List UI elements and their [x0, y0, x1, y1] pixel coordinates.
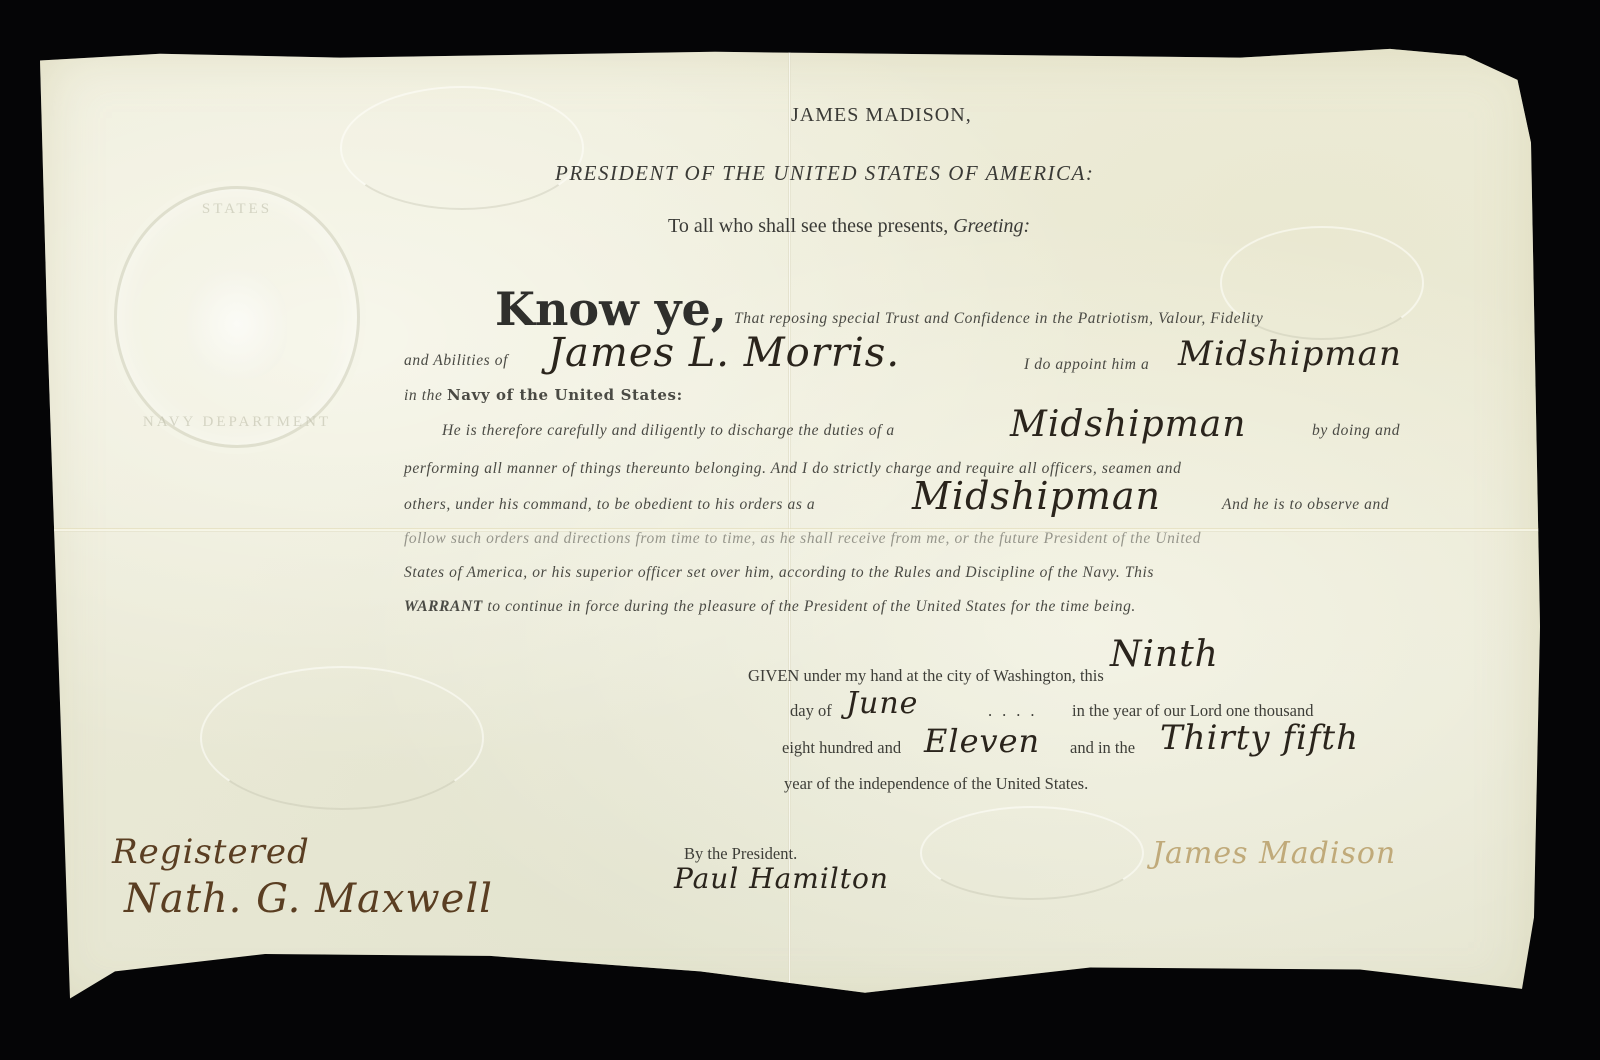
greeting-prefix: To all who shall see these presents,: [668, 215, 948, 237]
header-greeting: To all who shall see these presents, Gre…: [668, 215, 1030, 238]
body-line-2-prefix: and Abilities of: [404, 352, 508, 370]
day-handwritten: Ninth: [1110, 634, 1219, 675]
body-line-2-suffix: I do appoint him a: [1024, 356, 1149, 374]
body-line-8: States of America, or his superior offic…: [404, 564, 1154, 582]
line-3-prefix: in the: [404, 387, 442, 404]
header-name: JAMES MADISON,: [791, 104, 972, 127]
given-line-3-prefix: eight hundred and: [782, 738, 901, 758]
month-handwritten: June: [846, 686, 918, 721]
navy-blackletter: Navy of the United States:: [447, 386, 683, 404]
given-dots: ....: [988, 701, 1045, 721]
by-the-president: By the President.: [684, 844, 797, 864]
secretary-signature: Paul Hamilton: [674, 862, 889, 895]
warrant-word: WARRANT: [404, 598, 483, 615]
know-ye-heading: Know ye,: [495, 282, 727, 336]
body-line-4-prefix: He is therefore carefully and diligently…: [442, 422, 895, 440]
header-title: PRESIDENT OF THE UNITED STATES OF AMERIC…: [555, 161, 1094, 186]
seal-top-text: STATES: [117, 201, 357, 218]
rank-handwritten-3: Midshipman: [912, 474, 1161, 518]
body-line-9: WARRANT to continue in force during the …: [404, 598, 1136, 616]
given-line-3-mid: and in the: [1070, 738, 1135, 758]
body-line-3: in the Navy of the United States:: [404, 386, 683, 405]
independence-year-handwritten: Thirty fifth: [1160, 718, 1359, 758]
president-signature: James Madison: [1152, 836, 1396, 871]
navy-department-embossed-seal: STATES NAVY DEPARTMENT: [114, 186, 360, 448]
given-line-2-prefix: day of: [790, 701, 832, 721]
body-line-7: follow such orders and directions from t…: [404, 530, 1201, 548]
body-line-1: That reposing special Trust and Confiden…: [734, 310, 1263, 328]
line-9-text: to continue in force during the pleasure…: [487, 598, 1136, 615]
given-line-1: GIVEN under my hand at the city of Washi…: [748, 666, 1104, 686]
registered-label-handwritten: Registered: [112, 832, 310, 872]
registrar-signature: Nath. G. Maxwell: [124, 876, 493, 922]
wrinkle: [920, 806, 1144, 900]
wrinkle: [200, 666, 484, 810]
seal-bottom-text: NAVY DEPARTMENT: [117, 414, 357, 431]
greeting-word: Greeting:: [953, 215, 1030, 237]
body-line-6-prefix: others, under his command, to be obedien…: [404, 496, 815, 514]
parchment-document: STATES NAVY DEPARTMENT JAMES MADISON, PR…: [40, 46, 1540, 1014]
eagle-emblem-icon: [187, 269, 287, 379]
rank-handwritten-2: Midshipman: [1010, 404, 1246, 445]
given-line-4: year of the independence of the United S…: [784, 774, 1088, 794]
year-handwritten: Eleven: [924, 722, 1040, 760]
rank-handwritten-1: Midshipman: [1178, 334, 1402, 374]
body-line-6-suffix: And he is to observe and: [1222, 496, 1389, 514]
wrinkle: [340, 86, 584, 210]
appointee-name-handwritten: James L. Morris.: [548, 330, 900, 376]
body-line-4-suffix: by doing and: [1312, 422, 1400, 440]
